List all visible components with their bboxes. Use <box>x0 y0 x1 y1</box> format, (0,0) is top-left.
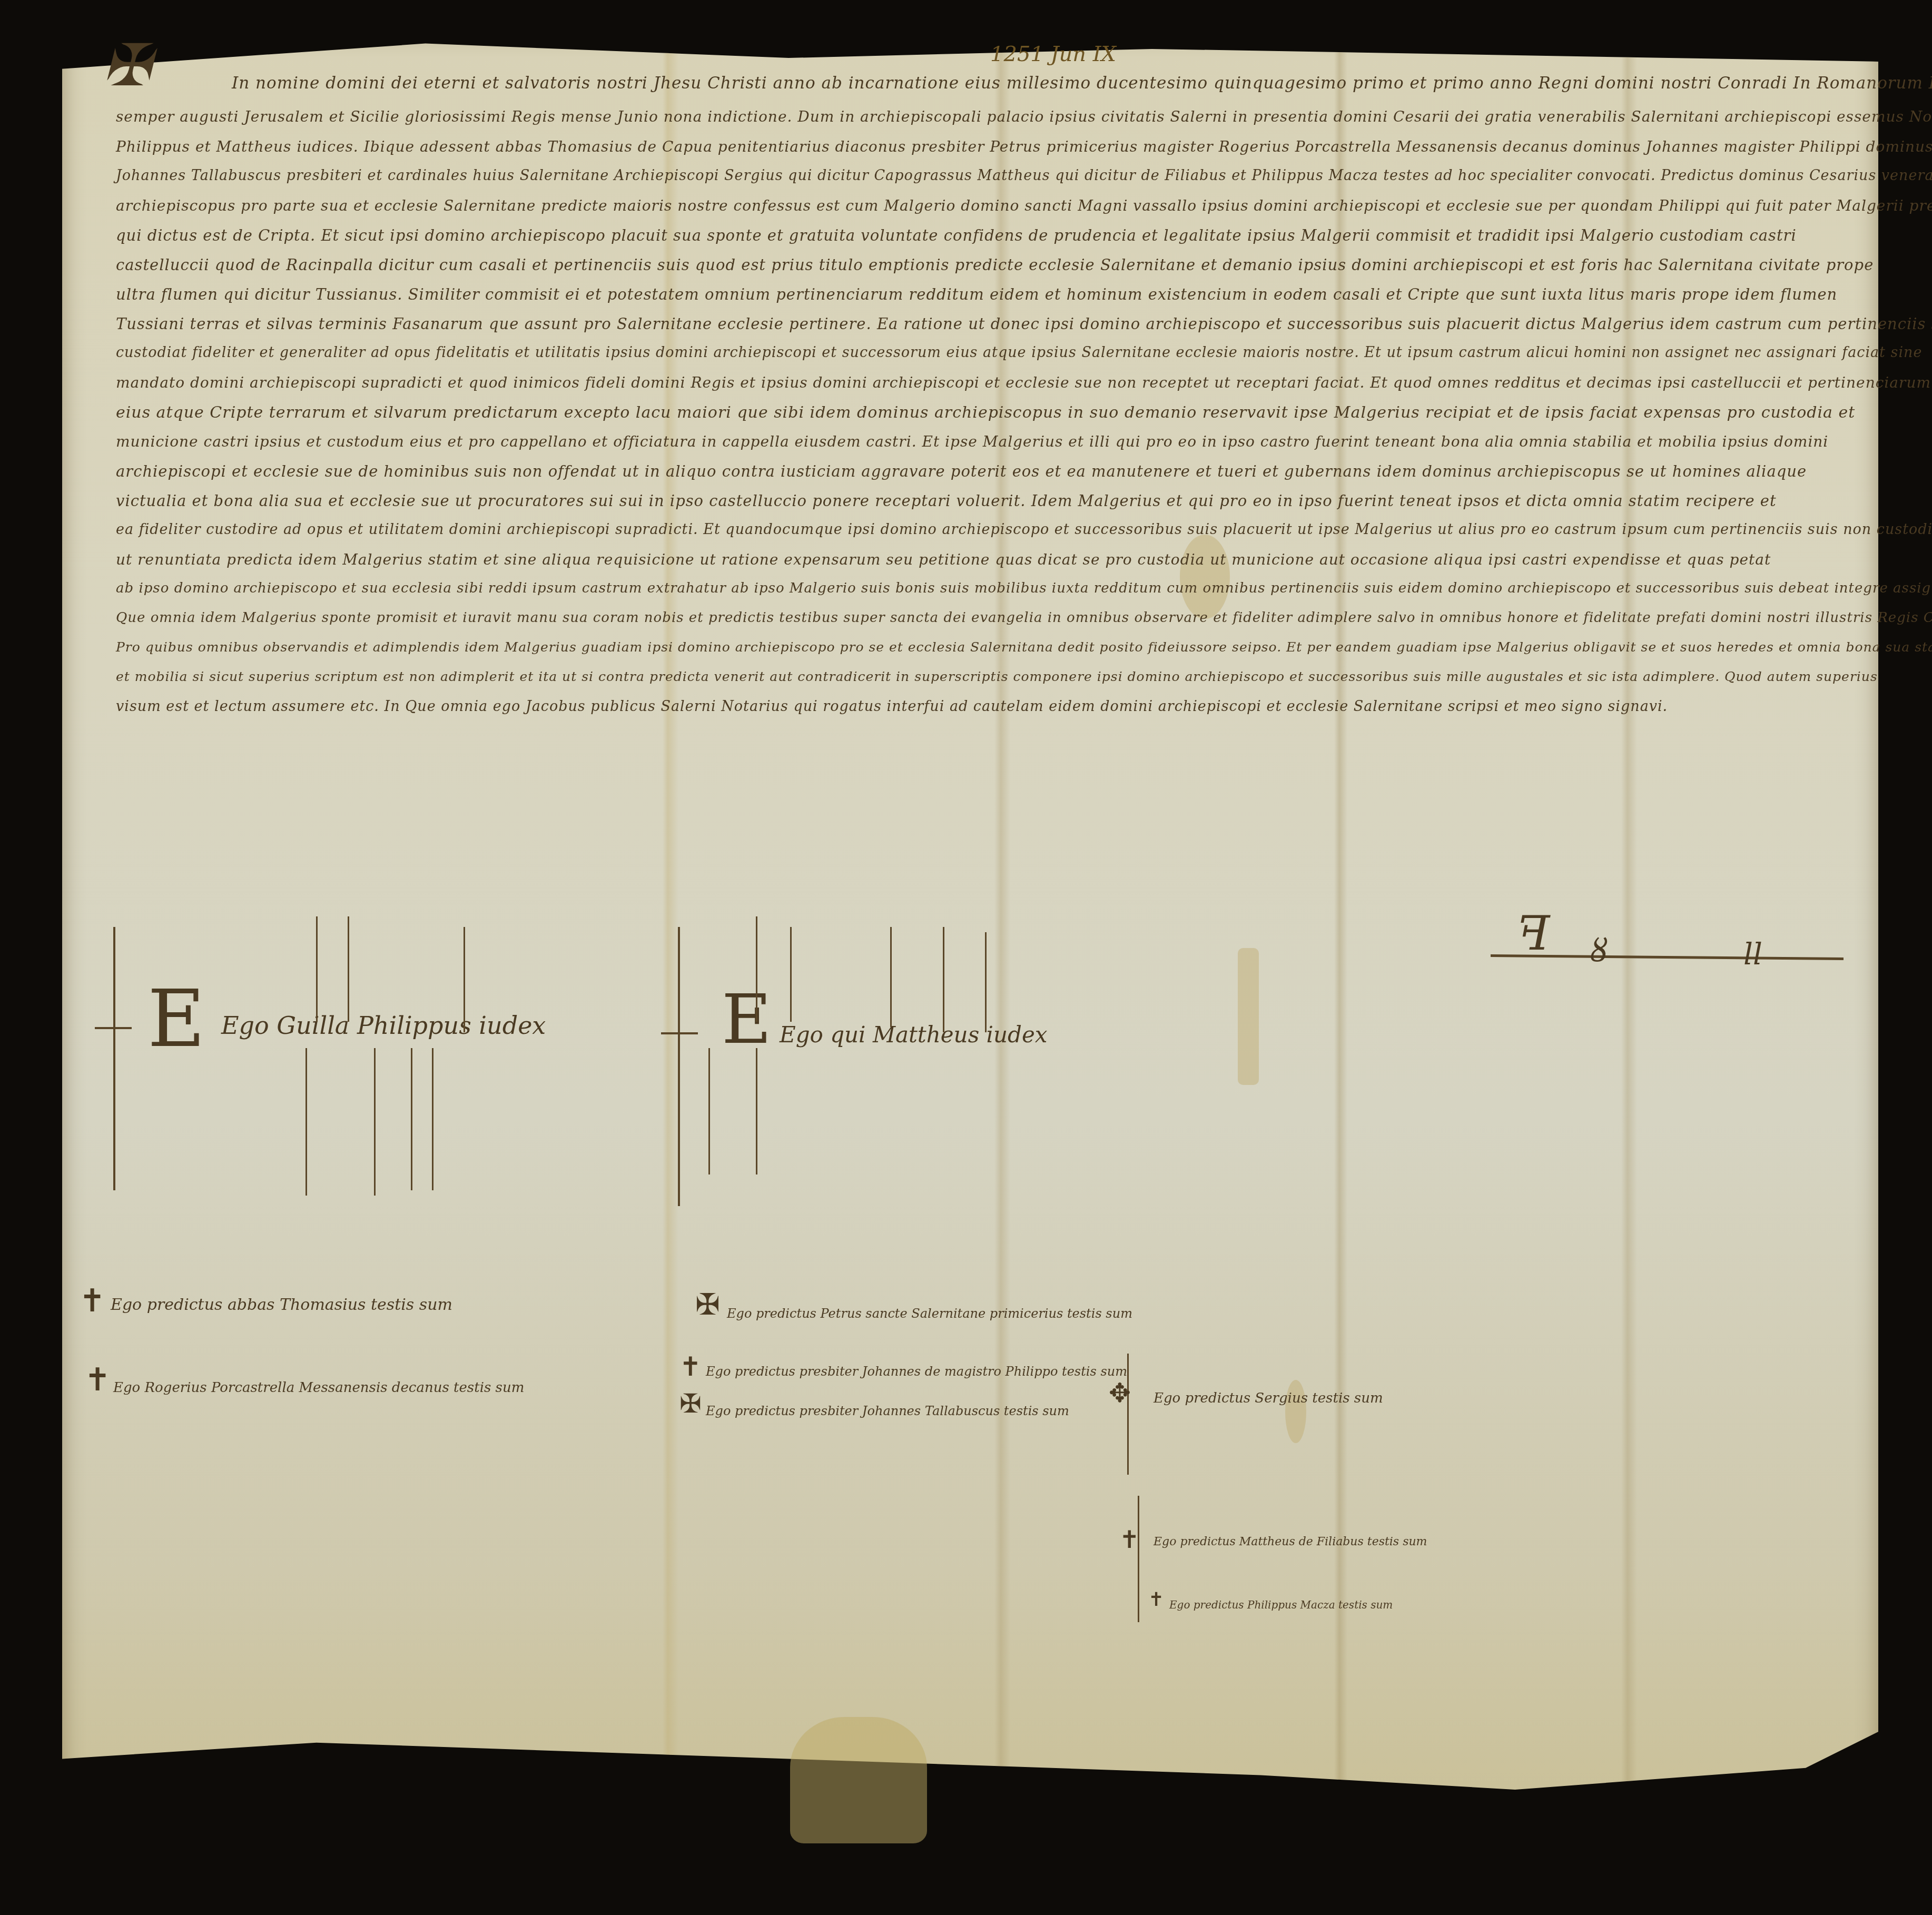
signature-descender <box>374 1048 376 1196</box>
text-line: archiepiscopus pro parte sua et ecclesie… <box>116 197 1932 214</box>
witness-cross-icon: ✠ <box>695 1290 720 1320</box>
witness-cross-icon: ✥ <box>1109 1380 1131 1406</box>
witness-cross-icon: ✝ <box>1148 1591 1164 1610</box>
chrismon-monogram: ✠ <box>103 32 151 99</box>
text-line: Johannes Tallabuscus presbiteri et cardi… <box>116 167 1932 184</box>
witness-cross-icon: ✝ <box>84 1364 111 1396</box>
notary-flourish-curl: ȣ <box>1591 932 1608 969</box>
witness-cross-icon: ✝ <box>79 1285 105 1317</box>
text-line: Que omnia idem Malgerius sponte promisit… <box>116 610 1932 626</box>
witness-cross-icon: ✝ <box>679 1354 702 1380</box>
text-line: ut renuntiata predicta idem Malgerius st… <box>116 551 1771 568</box>
witness-cross-stem <box>1127 1354 1129 1475</box>
text-line: semper augusti Jerusalem et Sicilie glor… <box>116 108 1932 125</box>
signature-ascender <box>943 927 944 1032</box>
text-line: Pro quibus omnibus observandis et adimpl… <box>116 639 1932 655</box>
fold-stain <box>1285 1380 1306 1443</box>
archival-date-annotation: 1251 Jun IX <box>990 42 1116 66</box>
signature-ascender <box>985 932 987 1032</box>
signature-cross-stem <box>678 927 680 1206</box>
signature-ascender <box>464 927 465 1032</box>
bottom-stain <box>790 1717 927 1843</box>
text-line: mandato domini archiepiscopi supradicti … <box>116 374 1931 391</box>
witness-subscription: Ego predictus Sergius testis sum <box>1154 1390 1383 1406</box>
witness-subscription: Ego predictus presbiter Johannes de magi… <box>706 1364 1127 1379</box>
signature-ascender <box>890 927 892 1027</box>
text-line: victualia et bona alia sua et ecclesie s… <box>116 492 1777 510</box>
witness-subscription: Ego predictus Mattheus de Filiabus testi… <box>1154 1535 1427 1548</box>
signature-cross-bar <box>95 1027 132 1029</box>
notary-signum: ꟻ <box>1517 906 1550 961</box>
witness-subscription: Ego predictus presbiter Johannes Tallabu… <box>706 1404 1069 1418</box>
signature-descender <box>411 1048 412 1190</box>
text-line: custodiat fideliter et generaliter ad op… <box>116 344 1922 361</box>
signature-ascender <box>316 916 318 1022</box>
text-line: qui dictus est de Cripta. Et sicut ipsi … <box>116 226 1797 244</box>
signature-descender <box>708 1048 710 1174</box>
text-line: archiepiscopi et ecclesie sue de hominib… <box>116 462 1807 480</box>
signature-text: Ego Guilla Philippus iudex <box>221 1011 546 1040</box>
text-line: In nomine domini dei eterni et salvatori… <box>232 74 1932 93</box>
signature-initial-e: E <box>722 985 772 1053</box>
text-line: ea fideliter custodire ad opus et utilit… <box>116 521 1932 538</box>
text-line: ab ipso domino archiepiscopo et sua eccl… <box>116 580 1932 596</box>
witness-cross-stem <box>1138 1496 1139 1622</box>
text-line: visum est et lectum assumere etc. In Que… <box>116 698 1668 715</box>
witness-subscription: Ego predictus Philippus Macza testis sum <box>1169 1598 1393 1611</box>
text-line: municione castri ipsius et custodum eius… <box>116 433 1828 450</box>
text-line: eius atque Cripte terrarum et silvarum p… <box>116 403 1855 422</box>
signature-initial-e: E <box>147 980 205 1059</box>
signature-descender <box>756 1048 757 1174</box>
text-line: Tussiani terras et silvas terminis Fasan… <box>116 315 1932 333</box>
text-line: et mobilia si sicut superius scriptum es… <box>116 669 1878 684</box>
signature-ascender <box>348 916 349 1022</box>
water-stain <box>1180 535 1230 619</box>
text-line: Philippus et Mattheus iudices. Ibique ad… <box>116 138 1932 155</box>
signature-text: Ego qui Mattheus iudex <box>780 1022 1047 1048</box>
signature-cross-stem <box>113 927 115 1190</box>
notary-flourish-strokes: ll <box>1743 937 1762 972</box>
witness-subscription: Ego predictus Petrus sancte Salernitane … <box>727 1306 1132 1321</box>
signature-ascender <box>790 927 792 1022</box>
text-line: castelluccii quod de Racinpalla dicitur … <box>116 256 1874 274</box>
witness-subscription: Ego Rogerius Porcastrella Messanensis de… <box>113 1380 524 1396</box>
signature-cross-bar <box>661 1032 698 1034</box>
signature-ascender <box>756 916 757 1022</box>
witness-cross-icon: ✝ <box>1119 1527 1140 1552</box>
fold-stain <box>1238 948 1259 1085</box>
signature-descender <box>305 1048 307 1196</box>
signature-descender <box>432 1048 433 1190</box>
witness-cross-icon: ✠ <box>679 1390 702 1417</box>
witness-subscription: Ego predictus abbas Thomasius testis sum <box>111 1296 452 1314</box>
text-line: ultra flumen qui dicitur Tussianus. Simi… <box>116 285 1837 303</box>
